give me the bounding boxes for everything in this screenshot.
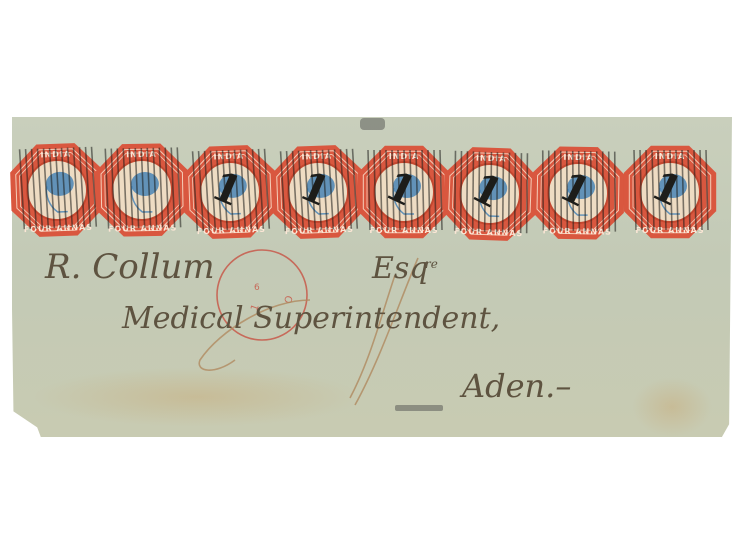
address-line-1-name: R. Collum bbox=[44, 247, 215, 287]
address-line-1-title: Esq bbox=[371, 251, 429, 286]
stamp-four-annas: INDIAFOUR ANNAS bbox=[9, 142, 105, 238]
svg-text:FOUR ANNAS: FOUR ANNAS bbox=[108, 223, 177, 233]
stamp-strip: INDIAFOUR ANNASINDIAFOUR ANNASINDIAFOUR … bbox=[9, 142, 716, 242]
stamp-four-annas: INDIAFOUR ANNAS1 bbox=[531, 146, 625, 240]
stamp-four-annas: INDIAFOUR ANNAS1 bbox=[182, 144, 278, 240]
stamp-four-annas: INDIAFOUR ANNAS1 bbox=[358, 146, 450, 238]
stamp-four-annas: INDIAFOUR ANNAS1 bbox=[624, 146, 716, 238]
stamp-four-annas: INDIAFOUR ANNAS1 bbox=[270, 144, 366, 240]
address-line-3: Aden.– bbox=[459, 367, 571, 405]
svg-text:FOUR ANNAS: FOUR ANNAS bbox=[24, 223, 94, 234]
stamp-four-annas: INDIAFOUR ANNAS1 bbox=[442, 146, 538, 242]
svg-text:FOUR ANNAS: FOUR ANNAS bbox=[369, 226, 438, 235]
address-superscript: re bbox=[425, 257, 438, 271]
svg-text:FOUR ANNAS: FOUR ANNAS bbox=[454, 227, 524, 238]
stamp-four-annas: INDIAFOUR ANNAS bbox=[95, 143, 189, 237]
svg-text:FOUR ANNAS: FOUR ANNAS bbox=[635, 226, 704, 235]
handwritten-address: R. Collum Esq re Medical Superintendent,… bbox=[44, 247, 571, 405]
cover-artwork: INDIAFOUR ANNASINDIAFOUR ANNASINDIAFOUR … bbox=[0, 0, 740, 557]
svg-text:FOUR ANNAS: FOUR ANNAS bbox=[197, 225, 267, 236]
address-line-2: Medical Superintendent, bbox=[121, 301, 500, 336]
svg-text:FOUR ANNAS: FOUR ANNAS bbox=[285, 225, 355, 236]
svg-text:6: 6 bbox=[254, 283, 260, 293]
svg-text:FOUR ANNAS: FOUR ANNAS bbox=[543, 226, 612, 236]
